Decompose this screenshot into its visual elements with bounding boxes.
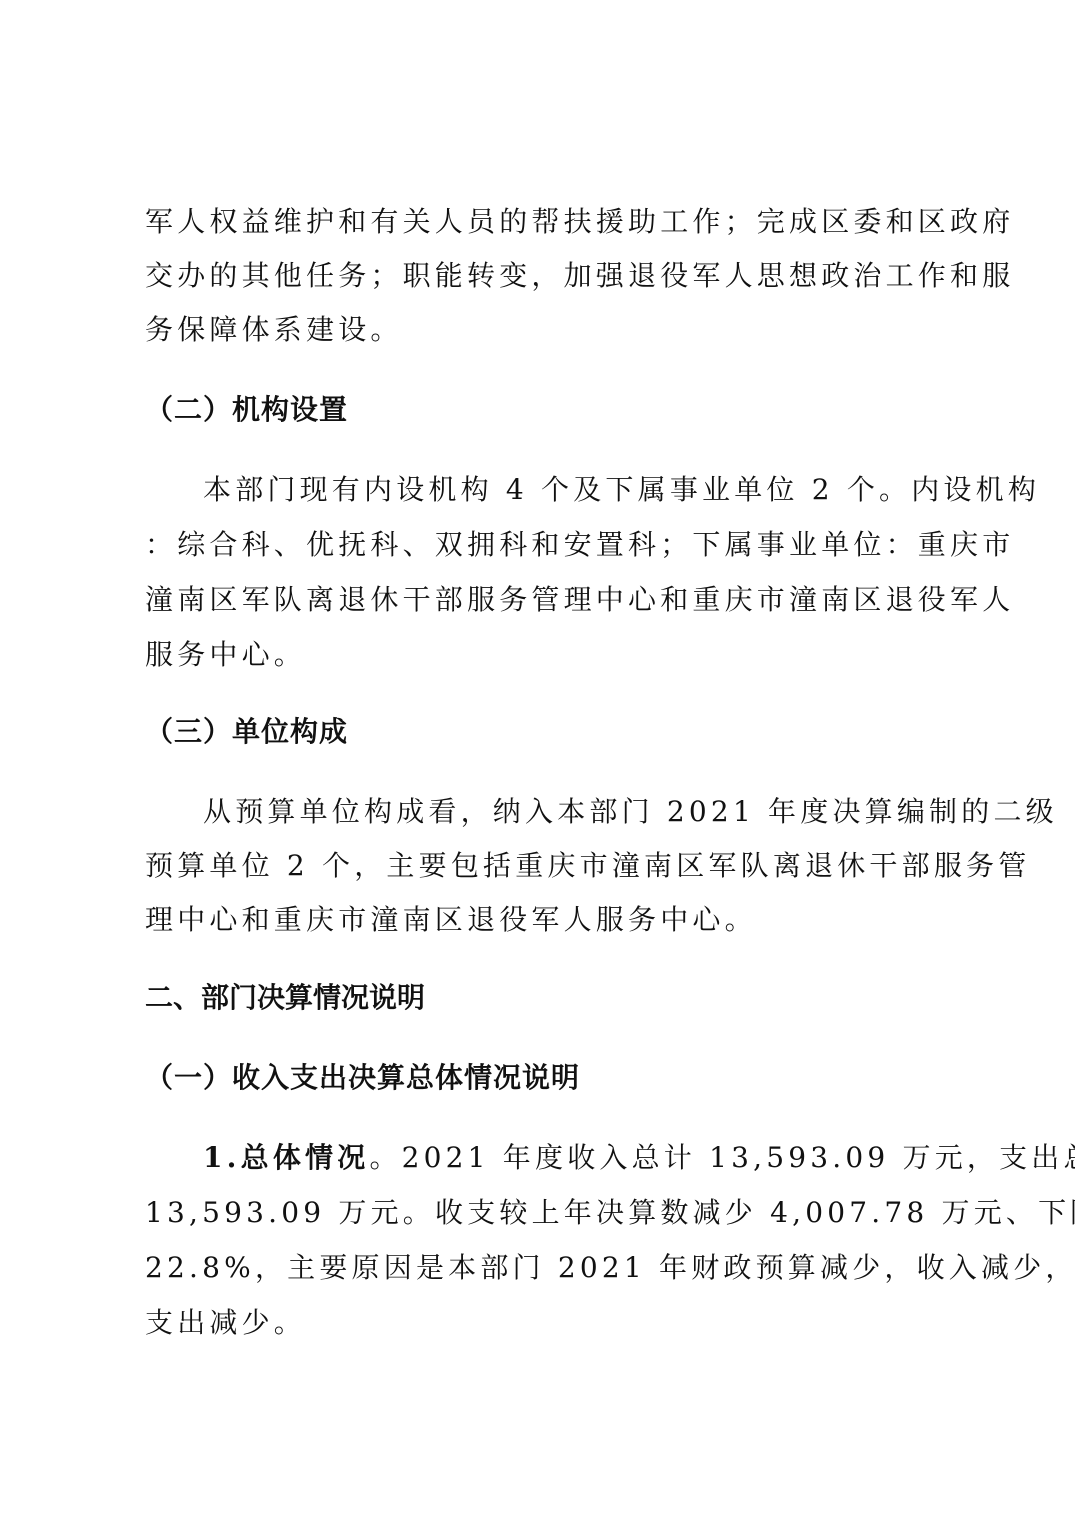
paragraph-line: 务保障体系建设。: [145, 313, 403, 347]
paragraph-line: 1.总体情况。2021 年度收入总计 13,593.09 万元，支出总计: [203, 1141, 1075, 1175]
document-page: 军人权益维护和有关人员的帮扶援助工作；完成区委和区政府 交办的其他任务；职能转变…: [0, 0, 1075, 1521]
paragraph-line: 本部门现有内设机构 4 个及下属事业单位 2 个。内设机构: [203, 473, 1040, 507]
paragraph-line: 支出减少。: [145, 1306, 306, 1340]
paragraph-line: 交办的其他任务；职能转变，加强退役军人思想政治工作和服: [145, 259, 1014, 293]
paragraph-line: 22.8%，主要原因是本部门 2021 年财政预算减少，收入减少，: [145, 1251, 1075, 1285]
section-heading-units: （三）单位构成: [145, 715, 348, 749]
paragraph-line: ：综合科、优抚科、双拥科和安置科；下属事业单位：重庆市: [145, 528, 1014, 562]
paragraph-lead: 1.总体情况: [203, 1141, 369, 1174]
paragraph-line: 军人权益维护和有关人员的帮扶援助工作；完成区委和区政府: [145, 205, 1014, 239]
paragraph-line: 理中心和重庆市潼南区退役军人服务中心。: [145, 903, 757, 937]
paragraph-text: 。2021 年度收入总计 13,593.09 万元，支出总计: [369, 1141, 1075, 1174]
paragraph-line: 服务中心。: [145, 638, 306, 672]
paragraph-line: 从预算单位构成看，纳入本部门 2021 年度决算编制的二级: [203, 795, 1058, 829]
section-heading-income: （一）收入支出决算总体情况说明: [145, 1061, 580, 1095]
paragraph-line: 预算单位 2 个，主要包括重庆市潼南区军队离退休干部服务管: [145, 849, 1030, 883]
paragraph-line: 13,593.09 万元。收支较上年决算数减少 4,007.78 万元、下降: [145, 1196, 1075, 1230]
part-heading: 二、部门决算情况说明: [145, 981, 425, 1015]
section-heading-org: （二）机构设置: [145, 393, 348, 427]
paragraph-line: 潼南区军队离退休干部服务管理中心和重庆市潼南区退役军人: [145, 583, 1014, 617]
